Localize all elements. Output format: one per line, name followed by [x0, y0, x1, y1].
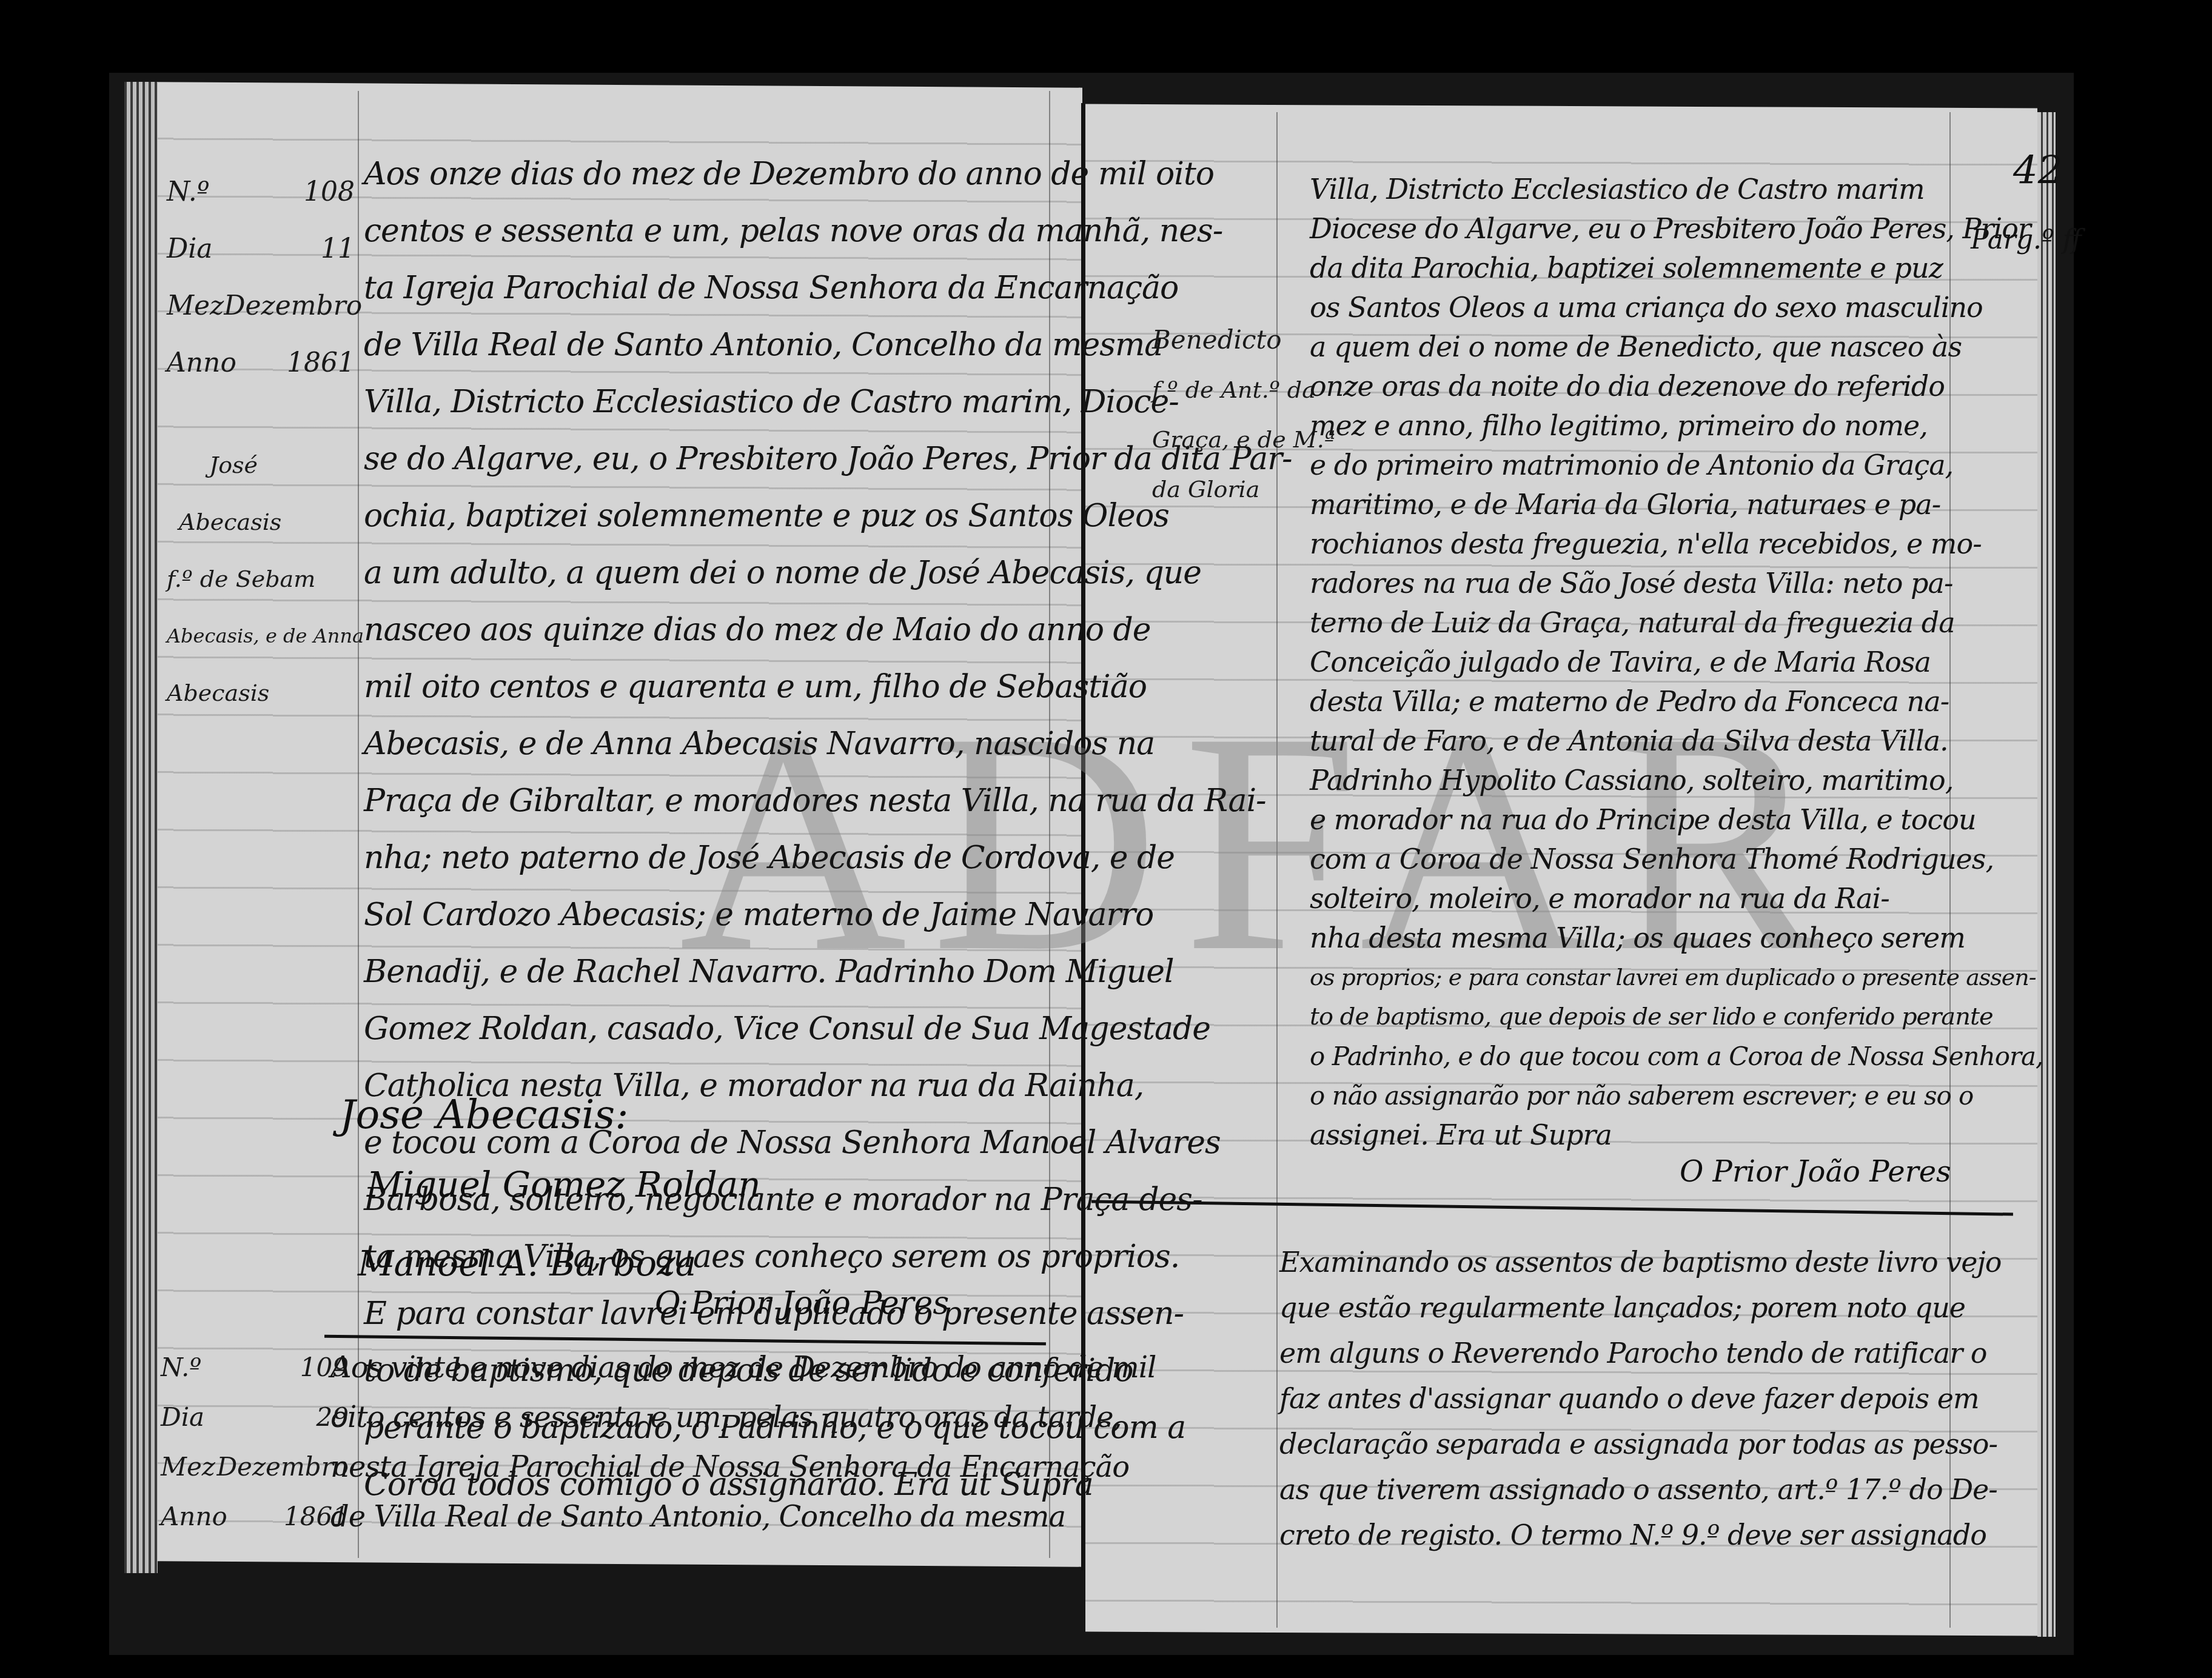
no-label: N.º: [167, 164, 209, 221]
mes-label: Mez: [167, 278, 224, 335]
entry-109-text: Aos vinte e nove dias do mez de Dezembro…: [330, 1343, 1156, 1542]
signature-jose-abecasis: José Abecasis:: [340, 1091, 628, 1138]
dia-label: Dia: [167, 221, 213, 278]
signature-prior-joao-peres-108: O Prior João Peres: [655, 1285, 949, 1322]
entry-108-name-note: José Abecasis f.º de Sebam Abecasis, e d…: [167, 436, 364, 721]
entry-month: Dezembro: [216, 1442, 349, 1492]
inspection-note-text: Examinando os assentos de baptismo deste…: [1279, 1240, 2001, 1558]
entry-109-metadata: N.º109 Dia29 MezDezembro Anno1861: [161, 1343, 349, 1542]
signature-miguel-gomez-roldan: Miguel Gomez Roldan: [367, 1164, 761, 1205]
entry-month: Dezembro: [224, 278, 362, 335]
entry-year: 1861: [287, 335, 355, 392]
signature-prior-joao-peres-109: O Prior João Peres: [1680, 1155, 1951, 1189]
entry-108-metadata: N.º108 Dia11 MezDezembro Anno1861: [167, 164, 355, 392]
entry-number: 108: [304, 164, 355, 221]
entry-109-name-note: Benedicto f.º de Ant.º da Graça, e de M.…: [1152, 315, 1335, 514]
entry-day: 11: [321, 221, 355, 278]
entry-109-continued-text: Villa, Districto Ecclesiastico de Castro…: [1310, 170, 2043, 1155]
signature-manoel-barboza: Manoel A. Barboza: [358, 1243, 696, 1284]
left-page-edges: [124, 82, 158, 1573]
anno-label: Anno: [167, 335, 236, 392]
